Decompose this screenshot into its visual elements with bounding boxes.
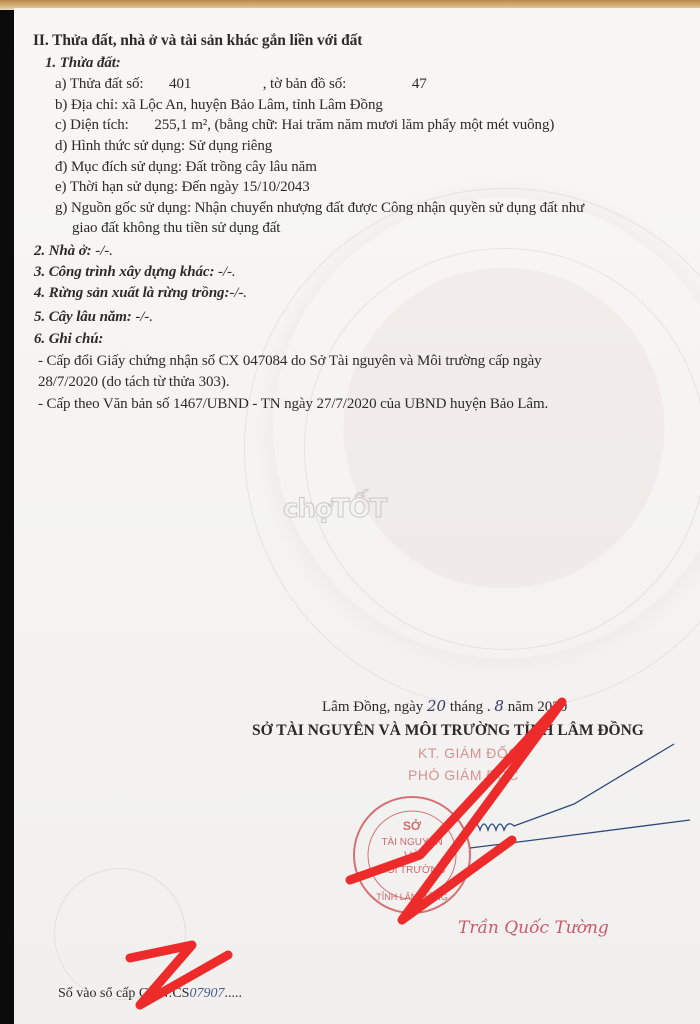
svg-text:SỞ: SỞ bbox=[403, 818, 422, 833]
stamp-and-redaction-overlay: SỞ TÀI NGUYÊN VÀ MÔI TRƯỜNG TỈNH LÂM ĐỒN… bbox=[0, 0, 700, 1024]
redaction-marks bbox=[130, 702, 562, 1005]
